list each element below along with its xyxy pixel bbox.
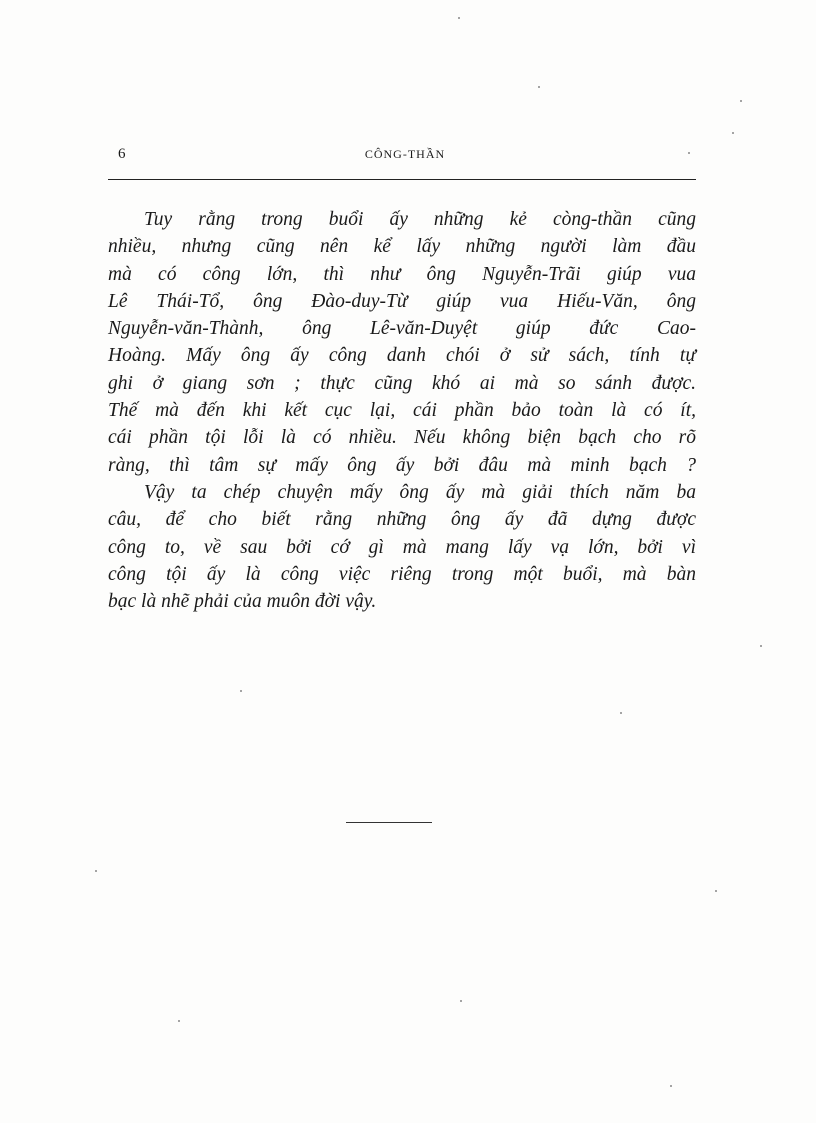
scan-speck <box>458 17 460 19</box>
text-line: cái phần tội lỗi là có nhiều. Nếu không … <box>108 424 696 451</box>
scan-speck <box>740 100 742 102</box>
text-line: công to, về sau bởi cớ gì mà mang lấy vạ… <box>108 534 696 561</box>
scan-speck <box>95 870 97 872</box>
text-line: Thế mà đến khi kết cục lại, cái phần bảo… <box>108 397 696 424</box>
section-end-rule <box>346 822 432 823</box>
text-line: ghi ở giang sơn ; thực cũng khó ai mà so… <box>108 370 696 397</box>
book-page: 6 CÔNG-THẦN Tuy rằng trong buổi ấy những… <box>0 0 816 1123</box>
scan-speck <box>760 645 762 647</box>
scan-speck <box>240 690 242 692</box>
text-line: Lê Thái-Tổ, ông Đào-duy-Từ giúp vua Hiếu… <box>108 288 696 315</box>
paragraph-2: Vậy ta chép chuyện mấy ông ấy mà giải th… <box>130 479 696 615</box>
scan-speck <box>670 1085 672 1087</box>
text-line: câu, để cho biết rằng những ông ấy đã dự… <box>108 506 696 533</box>
text-line: Vậy ta chép chuyện mấy ông ấy mà giải th… <box>130 479 696 506</box>
text-line: Hoàng. Mấy ông ấy công danh chói ở sử sá… <box>108 342 696 369</box>
text-line: mà có công lớn, thì như ông Nguyễn-Trãi … <box>108 261 696 288</box>
scan-speck <box>460 1000 462 1002</box>
scan-speck <box>538 86 540 88</box>
text-line: công tội ấy là công việc riêng trong một… <box>108 561 696 588</box>
scan-speck <box>688 152 690 154</box>
paragraph-1: Tuy rằng trong buổi ấy những kẻ còng-thầ… <box>130 206 696 479</box>
text-line: ràng, thì tâm sự mấy ông ấy bởi đâu mà m… <box>108 452 696 479</box>
text-line: Tuy rằng trong buổi ấy những kẻ còng-thầ… <box>130 206 696 233</box>
text-line: Nguyễn-văn-Thành, ông Lê-văn-Duyệt giúp … <box>108 315 696 342</box>
scan-speck <box>178 1020 180 1022</box>
scan-speck <box>620 712 622 714</box>
text-line: nhiều, nhưng cũng nên kể lấy những người… <box>108 233 696 260</box>
scan-speck <box>732 132 734 134</box>
scan-speck <box>715 890 717 892</box>
running-head: 6 CÔNG-THẦN <box>112 146 698 166</box>
running-title: CÔNG-THẦN <box>112 147 698 162</box>
body-text: Tuy rằng trong buổi ấy những kẻ còng-thầ… <box>130 206 696 615</box>
text-line: bạc là nhẽ phải của muôn đời vậy. <box>108 588 696 615</box>
header-rule <box>108 179 696 180</box>
